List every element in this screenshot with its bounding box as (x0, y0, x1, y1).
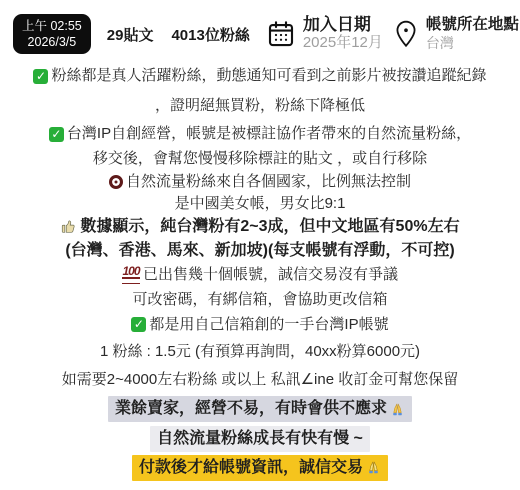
line-text: 移交後，會幫您慢慢移除標註的貼文 ，或自行移除 (93, 148, 427, 170)
text-line: 自然流量粉絲成長有快有慢 ~ (150, 424, 370, 453)
line-text: 可改密碼，有綁信箱，會協助更改信箱 (132, 289, 387, 311)
check-icon: ✓ (49, 127, 64, 142)
followers-count: 4013位粉絲 (171, 24, 249, 45)
text-line: 是中國美女帳，男女比9:1 (175, 193, 346, 215)
text-line: ✓ 台灣IP自創經營，帳號是被標註協作者帶來的自然流量粉絲， (49, 121, 471, 147)
text-line: 業餘賣家，經營不易，有時會供不應求 (108, 394, 412, 424)
line-text: (台灣、香港、馬來、新加坡)(每支帳號有浮動，不可控) (65, 240, 454, 262)
line-text: 業餘賣家，經營不易，有時會供不應求 (115, 398, 387, 420)
time-date-badge: 上午 02:55 2026/3/5 (13, 14, 91, 54)
line-text: 如需要2~4000左右粉絲 或以上 私訊∠ine 收訂金可幫您保留 (62, 369, 458, 391)
join-date-label: 加入日期 (303, 16, 383, 34)
text-line: 100 已出售幾十個帳號，誠信交易沒有爭議 (122, 263, 398, 287)
line-text: 自然流量粉絲來自各個國家，比例無法控制 (126, 171, 411, 193)
text-line: ✓ 都是用自己信箱創的一手台灣IP帳號 (131, 312, 388, 337)
text-line: 付款後才給帳號資訊，誠信交易 (132, 453, 388, 482)
check-icon: ✓ (33, 69, 48, 84)
location-block: 帳號所在地點 台灣 (426, 16, 519, 52)
text-line: 自然流量粉絲來自各個國家，比例無法控制 (109, 171, 411, 193)
highlighted-text: 業餘賣家，經營不易，有時會供不應求 (108, 396, 412, 422)
calendar-icon (266, 19, 296, 49)
line-text: 付款後才給帳號資訊，誠信交易 (139, 457, 363, 479)
location-label: 帳號所在地點 (426, 16, 519, 34)
line-text: 1 粉絲 : 1.5元 (有預算再詢問，40xx粉算6000元) (100, 341, 420, 363)
folded-hands-icon (390, 402, 405, 417)
highlighted-text: 自然流量粉絲成長有快有慢 ~ (150, 426, 370, 452)
line-text: 粉絲都是真人活躍粉絲，動態通知可看到之前影片被按讚追蹤紀錄 (51, 65, 486, 87)
check-icon: ✓ (131, 317, 146, 332)
text-line: ，證明絕無買粉，粉絲下降極低 (155, 91, 365, 121)
thumbs-up-icon (60, 218, 77, 235)
listing-description: ✓ 粉絲都是真人活躍粉絲，動態通知可看到之前影片被按讚追蹤紀錄 ，證明絕無買粉，… (0, 61, 520, 482)
join-date-block: 加入日期 2025年12月 (303, 16, 383, 52)
account-header: 上午 02:55 2026/3/5 29貼文 4013位粉絲 加入日期 2025… (0, 8, 520, 60)
bullseye-icon (109, 175, 123, 189)
highlighted-text: 付款後才給帳號資訊，誠信交易 (132, 455, 388, 481)
location-value: 台灣 (426, 34, 519, 52)
text-line: 如需要2~4000左右粉絲 或以上 私訊∠ine 收訂金可幫您保留 (62, 366, 458, 394)
line-text: 已出售幾十個帳號，誠信交易沒有爭議 (143, 264, 398, 286)
location-pin-icon (393, 19, 419, 49)
text-line: 1 粉絲 : 1.5元 (有預算再詢問，40xx粉算6000元) (100, 337, 420, 366)
line-text: ，證明絕無買粉，粉絲下降極低 (155, 95, 365, 117)
text-line: 數據顯示，純台灣粉有2~3成，但中文地區有50%左右 (60, 215, 459, 238)
line-text: 數據顯示，純台灣粉有2~3成，但中文地區有50%左右 (80, 216, 459, 238)
text-line: ✓ 粉絲都是真人活躍粉絲，動態通知可看到之前影片被按讚追蹤紀錄 (33, 61, 486, 91)
line-text: 是中國美女帳，男女比9:1 (175, 193, 346, 215)
time-text: 上午 02:55 (22, 18, 82, 34)
hundred-points-icon: 100 (122, 266, 140, 284)
text-line: 可改密碼，有綁信箱，會協助更改信箱 (132, 287, 387, 312)
text-line: (台灣、香港、馬來、新加坡)(每支帳號有浮動，不可控) (65, 238, 454, 263)
folded-hands-icon (366, 460, 381, 475)
posts-count: 29貼文 (107, 24, 154, 45)
line-text: 自然流量粉絲成長有快有慢 ~ (157, 428, 363, 450)
date-text: 2026/3/5 (22, 34, 82, 50)
line-text: 台灣IP自創經營，帳號是被標註協作者帶來的自然流量粉絲， (67, 123, 471, 145)
join-date-value: 2025年12月 (303, 34, 383, 52)
text-line: 移交後，會幫您慢慢移除標註的貼文 ，或自行移除 (93, 147, 427, 171)
line-text: 都是用自己信箱創的一手台灣IP帳號 (149, 314, 388, 336)
